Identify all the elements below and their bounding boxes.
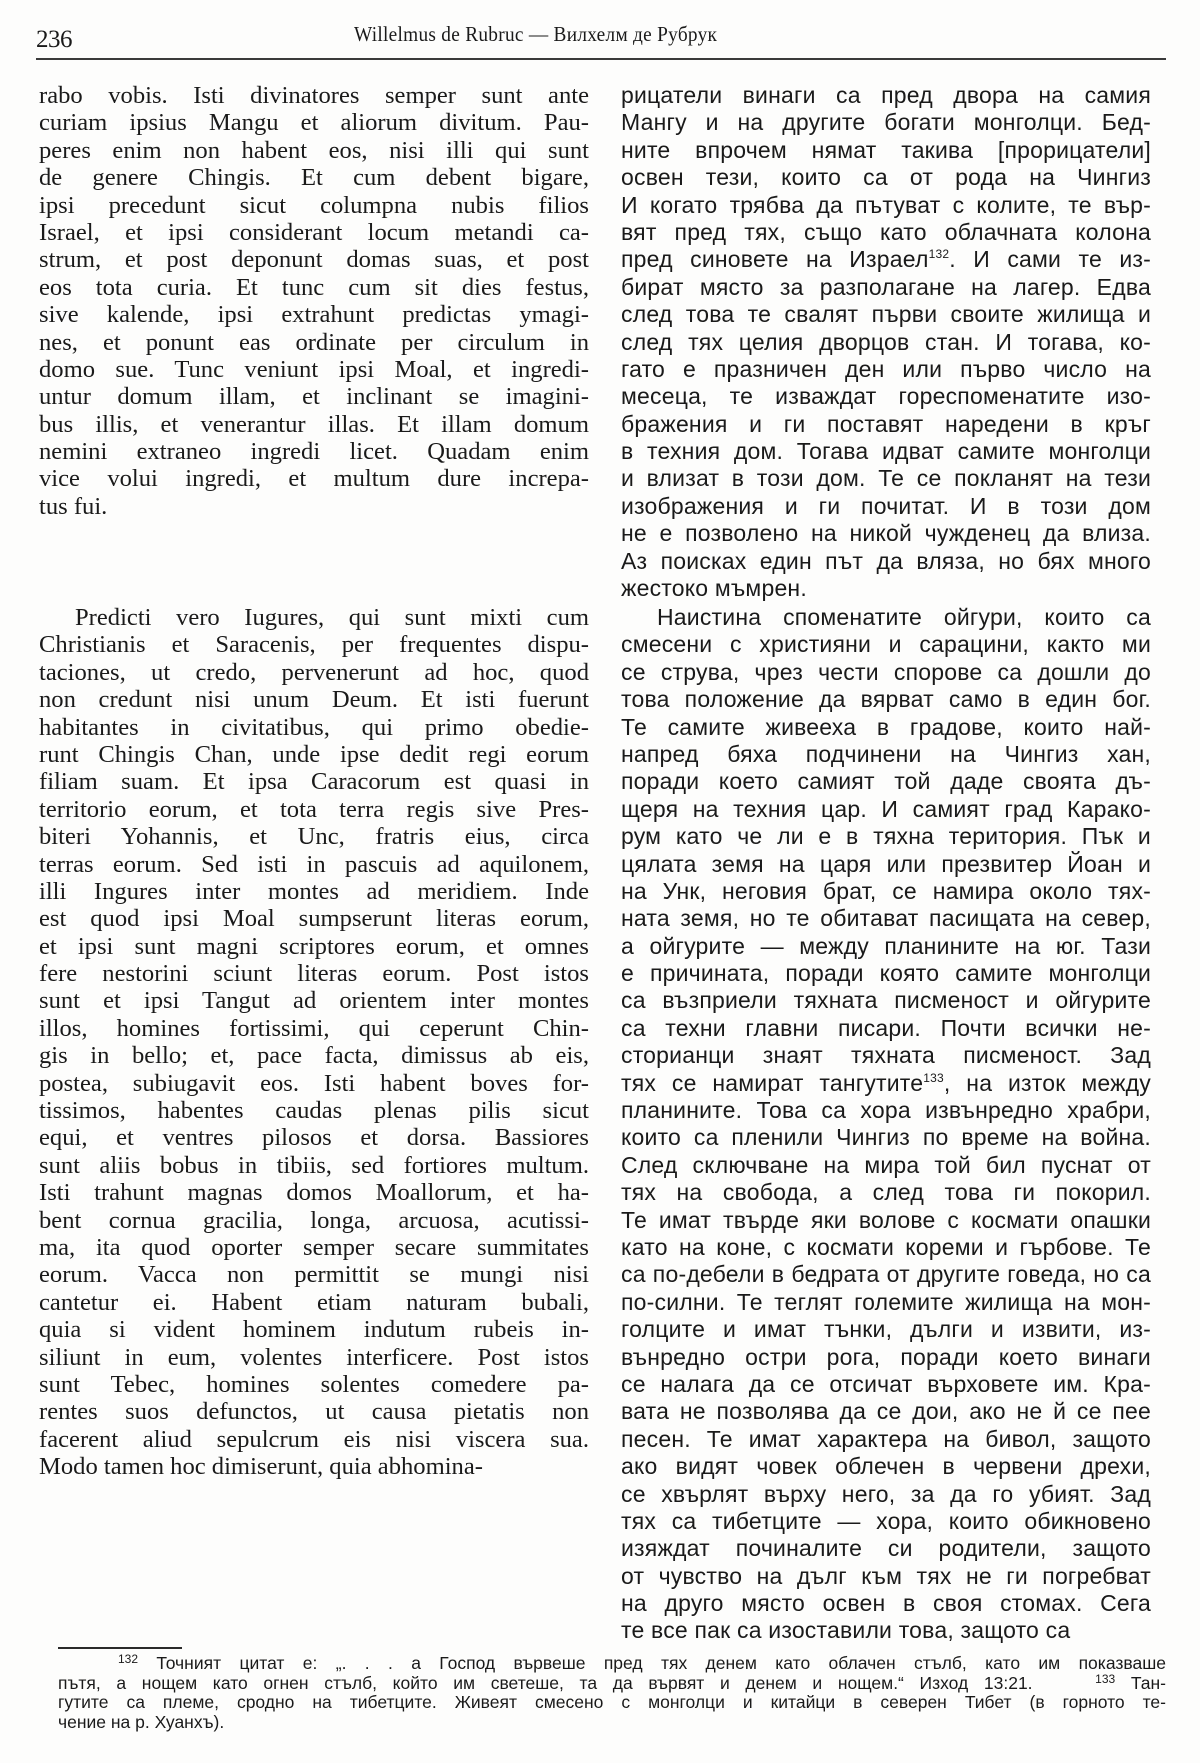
text-line: вата не позволява да се дои, ако не й се… [621, 1398, 1151, 1425]
text-line: territorio eorum, et tota terra regis si… [39, 796, 589, 823]
text-line: след тях целия дворцов стан. И тогава, к… [621, 329, 1151, 356]
text-line: не е позволено на никой чужденец да влиз… [621, 520, 1151, 547]
text-line: са техни главни писари. Почти всички не- [621, 1015, 1151, 1042]
text-line: filiam suam. Et ipsa Caracorum est quasi… [39, 768, 589, 795]
text-line: се струва, чрез чести спорове са дошли д… [621, 659, 1151, 686]
text-line: ако видят човек облечен в червени дрехи, [621, 1453, 1151, 1480]
text-line: на друго място освен в своя стомах. Сега [621, 1590, 1151, 1617]
footnote-ref[interactable]: 133 [923, 1071, 944, 1085]
text-line: sunt aliis bobus in tibiis, sed fortiore… [39, 1152, 589, 1179]
text-line: biteri Yohannis, et Unc, fratris eius, c… [39, 823, 589, 850]
text-line: бират място за разполагане на лагер. Едв… [621, 274, 1151, 301]
running-title: Willelmus de Rubruc — Вилхелм де Рубрук [354, 22, 717, 47]
text-line: peres enim non habent eos, nisi illi qui… [39, 137, 589, 164]
footnote-line: пътя, а нощем като огнен стълб, който им… [58, 1674, 1166, 1694]
text-line: След сключване на мира той бил пуснат от [621, 1152, 1151, 1179]
bulgarian-column-para2: Наистина споменатите ойгури, които сасме… [621, 604, 1151, 1645]
text-line: освен тези, които са от рода на Чингиз [621, 164, 1151, 191]
text-line: Мангу и на другите богати монголци. Бед- [621, 109, 1151, 136]
text-line: Predicti vero Iugures, qui sunt mixti cu… [39, 604, 589, 631]
text-line: taciones, ut credo, pervenerunt ad hoc, … [39, 659, 589, 686]
footnote-rule [58, 1647, 182, 1649]
text-line: гато е празничен ден или първо число на [621, 356, 1151, 383]
text-line: curiam ipsius Mangu et aliorum divitum. … [39, 109, 589, 136]
text-line: sive kalende, ipsi extrahunt predictas y… [39, 301, 589, 328]
text-line: месеца, те изваждат гореспоменатите изо- [621, 383, 1151, 410]
text-line: rentes suos defunctos, ut causa pietatis… [39, 1398, 589, 1425]
text-line: cantetur ei. Habent etiam naturam bubali… [39, 1289, 589, 1316]
text-line: и влизат в този дом. Те се покланят на т… [621, 465, 1151, 492]
footnote-ref[interactable]: 132 [929, 247, 950, 261]
text-line: щеря на техния цар. И самият град Карако… [621, 796, 1151, 823]
text-line: които са пленили Чингиз по време на войн… [621, 1124, 1151, 1151]
text-line: Isti trahunt magnas domos Moallorum, et … [39, 1179, 589, 1206]
text-line: facerent aliud sepulcrum eis nisi viscer… [39, 1426, 589, 1453]
text-line: на Унк, неговия брат, се намира около тя… [621, 878, 1151, 905]
text-line: bent cornua gracilia, longa, arcuosa, ac… [39, 1207, 589, 1234]
text-line: от чувство на дълг към тях не ги погребв… [621, 1563, 1151, 1590]
text-line: illos, homines fortissimi, qui ceperunt … [39, 1015, 589, 1042]
text-line: планините. Това са хора извънредно храбр… [621, 1097, 1151, 1124]
text-line: nes, et ponunt eas ordinate per circulum… [39, 329, 589, 356]
text-line: вънредно остри рога, поради което винаги [621, 1344, 1151, 1371]
text-line: equi, et ventres pilosos et dorsa. Bassi… [39, 1124, 589, 1151]
text-line: жестоко мъмрен. [621, 575, 1151, 602]
text-line: вят пред тях, също като облачната колона [621, 219, 1151, 246]
header-rule [36, 58, 1166, 60]
text-line: gis in bello; et, pace facta, dimissus a… [39, 1042, 589, 1069]
text-line: sunt et ipsi Tangut ad orientem inter mo… [39, 987, 589, 1014]
text-line: Аз поисках един път да вляза, но бях мно… [621, 548, 1151, 575]
text-line: а ойгурите — между планините на юг. Тази [621, 933, 1151, 960]
text-line: са по-дебели в бедрата от другите говеда… [621, 1261, 1151, 1288]
text-line: domo sue. Tunc veniunt ipsi Moal, et ing… [39, 356, 589, 383]
text-line: sunt Tebec, homines solentes comedere pa… [39, 1371, 589, 1398]
text-line: strum, et post deponunt domas suas, et p… [39, 246, 589, 273]
text-line: се налага да се отсичат върховете им. Кр… [621, 1371, 1151, 1398]
footnote-line: чение на р. Хуанхъ). [58, 1713, 1166, 1733]
text-line: rabo vobis. Isti divinatores semper sunt… [39, 82, 589, 109]
text-line: рицатели винаги са пред двора на самия [621, 82, 1151, 109]
text-line: цялата земя на царя или презвитер Йоан и [621, 851, 1151, 878]
footnote-number-133: 133 [1095, 1672, 1115, 1686]
text-line: non credunt nisi unum Deum. Et isti fuer… [39, 686, 589, 713]
bulgarian-column-para1: рицатели винаги са пред двора на самияМа… [621, 82, 1151, 602]
text-line: tus fui. [39, 493, 589, 520]
text-line: vice volui ingredi, et multum dure incre… [39, 465, 589, 492]
text-line: като на коне, с космати кореми и гърбове… [621, 1234, 1151, 1261]
text-line: изображения и ги почитат. И в този дом [621, 493, 1151, 520]
text-line: по-силни. Те теглят големите жилища на м… [621, 1289, 1151, 1316]
text-line: бражения и ги поставят наредени в кръг [621, 411, 1151, 438]
text-line: тях се намират тангутите133, на изток ме… [621, 1070, 1151, 1097]
text-line: illi Ingures inter montes ad meridiem. I… [39, 878, 589, 905]
text-line: de genere Chingis. Et cum debent bigare, [39, 164, 589, 191]
text-line: tissimos, habentes caudas plenas pilis s… [39, 1097, 589, 1124]
text-line: са възприели тяхната писменост и ойгурит… [621, 987, 1151, 1014]
text-line: е причината, поради която самите монголц… [621, 960, 1151, 987]
text-line: et ipsi sunt magni scriptores eorum, et … [39, 933, 589, 960]
text-line: bus illis, et venerantur illas. Et illam… [39, 411, 589, 438]
text-line: те все пак са изоставили това, защото са [621, 1617, 1151, 1644]
text-line: в техния дом. Тогава идват самите монгол… [621, 438, 1151, 465]
text-line: след това те свалят първи своите жилища … [621, 301, 1151, 328]
latin-column-para1: rabo vobis. Isti divinatores semper sunt… [39, 82, 589, 520]
text-line: това положение да вярват само в един бог… [621, 686, 1151, 713]
text-line: siliunt in eum, volentes interficere. Po… [39, 1344, 589, 1371]
text-line: ipsi precedunt sicut columpna nubis fili… [39, 192, 589, 219]
text-line: nemini extraneo ingredi licet. Quadam en… [39, 438, 589, 465]
text-line: изяждат починалите си родители, защото [621, 1535, 1151, 1562]
footnote-line: 132 Точният цитат е: „. . . а Господ вър… [58, 1654, 1166, 1674]
footnote-line: гутите са племе, сродно на тибетците. Жи… [58, 1693, 1166, 1713]
text-line: Christianis et Saracenis, per frequentes… [39, 631, 589, 658]
text-line: eorum. Vacca non permittit se mungi nisi [39, 1261, 589, 1288]
text-line: смесени с християни и сарацини, както ми [621, 631, 1151, 658]
text-line: eos tota curia. Et tunc cum sit dies fes… [39, 274, 589, 301]
text-line: untur domum illam, et inclinant se imagi… [39, 383, 589, 410]
text-line: И когато трябва да пътуват с колите, те … [621, 192, 1151, 219]
text-line: ma, ita quod oporter semper secare summi… [39, 1234, 589, 1261]
page-header: 236 Willelmus de Rubruc — Вилхелм де Руб… [36, 22, 1166, 60]
text-line: Israel, et ipsi considerant locum metand… [39, 219, 589, 246]
page-number: 236 [36, 26, 72, 54]
text-line: est quod ipsi Moal sumpserunt literas eo… [39, 905, 589, 932]
footnotes: 132 Точният цитат е: „. . . а Господ вър… [58, 1654, 1166, 1732]
text-line: habitantes in civitatibus, qui primo obe… [39, 714, 589, 741]
text-line: Те имат твърде яки волове с космати опаш… [621, 1207, 1151, 1234]
text-line: рум като че ли е в тяхна територия. Пък … [621, 823, 1151, 850]
text-line: се хвърлят върху него, за да го убият. З… [621, 1481, 1151, 1508]
text-line: тях на свобода, а след това ги покорил. [621, 1179, 1151, 1206]
text-line: ната земя, но те обитават пасищата на се… [621, 905, 1151, 932]
text-line: quia si vident hominem indutum rubeis in… [39, 1316, 589, 1343]
text-line: сторианци знаят тяхната писменост. Зад [621, 1042, 1151, 1069]
text-line: postea, subiugavit eos. Isti habent bove… [39, 1070, 589, 1097]
text-line: fere nestorini sciunt literas eorum. Pos… [39, 960, 589, 987]
text-line: runt Chingis Chan, unde ipse dedit regi … [39, 741, 589, 768]
text-line: terras eorum. Sed isti in pascuis ad aqu… [39, 851, 589, 878]
text-line: напред бяха подчинени на Чингиз хан, [621, 741, 1151, 768]
text-line: Те самите живееха в градове, които най- [621, 714, 1151, 741]
latin-column-para2: Predicti vero Iugures, qui sunt mixti cu… [39, 604, 589, 1481]
text-line: тях са тибетците — хора, които обикновен… [621, 1508, 1151, 1535]
text-line: голците и имат тънки, дълги и извити, из… [621, 1316, 1151, 1343]
text-line: пред синовете на Израел132. И сами те из… [621, 246, 1151, 273]
footnote-number-132: 132 [118, 1652, 138, 1666]
text-line: ните впрочем нямат такива [прорицатели] [621, 137, 1151, 164]
text-line: песен. Те имат характера на бивол, защот… [621, 1426, 1151, 1453]
text-line: поради което самият той даде своята дъ- [621, 768, 1151, 795]
text-line: Наистина споменатите ойгури, които са [621, 604, 1151, 631]
text-line: Modo tamen hoc dimiserunt, quia abhomina… [39, 1453, 589, 1480]
